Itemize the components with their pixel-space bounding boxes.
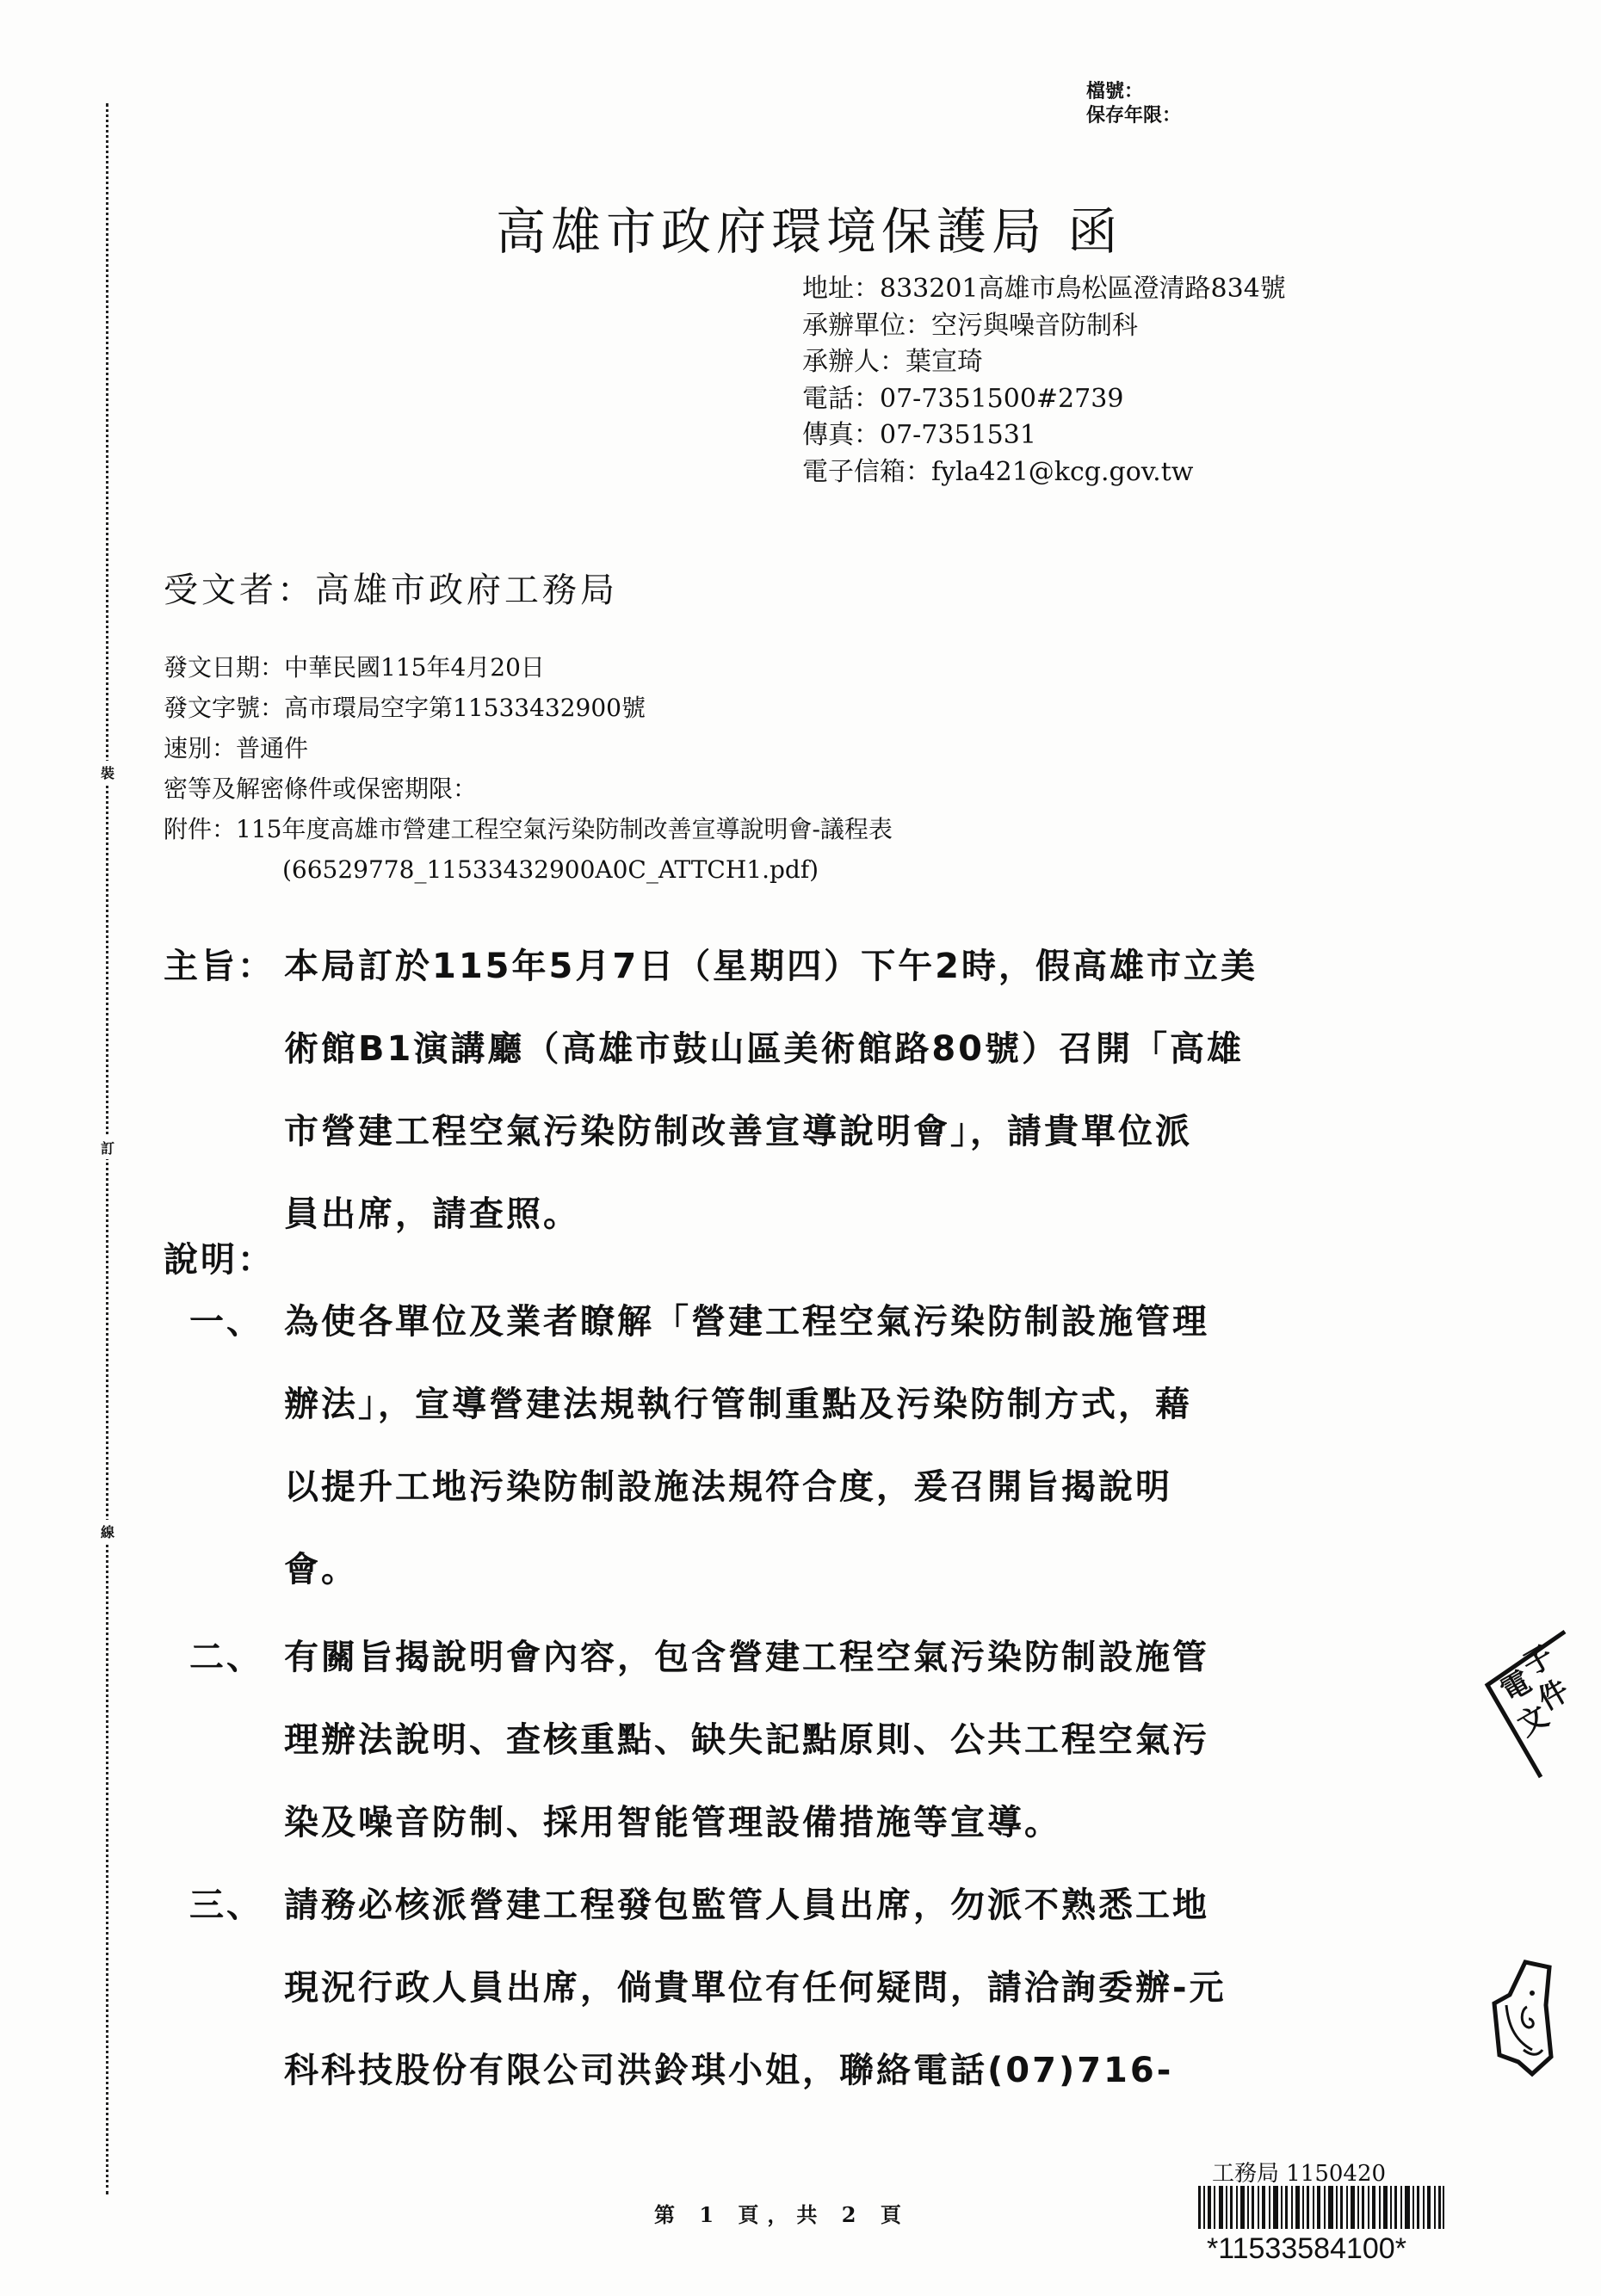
item-number: 三、	[189, 1864, 263, 1947]
item-number: 一、	[189, 1281, 263, 1363]
item-number: 二、	[189, 1616, 263, 1699]
explanation-item-1: 一、 為使各單位及業者瞭解「營建工程空氣污染防制設施管理 辦法」，宣導營建法規執…	[189, 1281, 1394, 1611]
attachment-file[interactable]: (66529778_11533432900A0C_ATTCH1.pdf)	[164, 849, 893, 890]
subject-line: 術館B1演講廳（高雄市鼓山區美術館路80號）召開「高雄	[284, 1008, 1386, 1090]
speed-class: 速別：普通件	[164, 728, 893, 768]
receipt-stamp-label: 工務局 1150420	[1212, 2156, 1386, 2188]
recipient: 受文者：高雄市政府工務局	[164, 563, 618, 612]
barcode-icon	[1198, 2186, 1444, 2229]
issue-date: 發文日期：中華民國115年4月20日	[164, 647, 893, 688]
issue-number: 發文字號：高市環局空字第11533432900號	[164, 688, 893, 728]
attachment-title: 附件：115年度高雄市營建工程空氣污染防制改善宣導說明會-議程表	[164, 809, 893, 849]
electronic-document-stamp-icon: 電 子 文 件	[1455, 1609, 1575, 1781]
item-line: 以提升工地污染防制設施法規符合度，爰召開旨揭說明	[284, 1446, 1394, 1528]
item-line: 現況行政人員出席，倘貴單位有任何疑問，請洽詢委辦-元	[284, 1947, 1394, 2029]
binding-mark-xian: 線	[96, 1520, 119, 1543]
document-title: 高雄市政府環境保護局 函	[496, 191, 1122, 263]
explanation-item-2: 二、 有關旨揭說明會內容，包含營建工程空氣污染防制設施管 理辦法說明、查核重點、…	[189, 1616, 1394, 1864]
contact-email: 電子信箱：fyla421@kcg.gov.tw	[802, 454, 1286, 491]
file-no-label: 檔號：	[1086, 79, 1143, 103]
item-line: 有關旨揭說明會內容，包含營建工程空氣污染防制設施管	[284, 1616, 1394, 1699]
subject-label: 主旨：	[164, 925, 275, 1008]
contact-address: 地址：833201高雄市鳥松區澄清路834號	[802, 271, 1286, 308]
subject-line: 員出席，請查照。	[284, 1173, 1386, 1256]
contact-phone: 電話：07-7351500#2739	[802, 381, 1286, 418]
item-line: 為使各單位及業者瞭解「營建工程空氣污染防制設施管理	[284, 1281, 1394, 1363]
item-line: 科科技股份有限公司洪鈴琪小姐，聯絡電話(07)716-	[284, 2029, 1394, 2112]
binding-mark-ding: 訂	[96, 1136, 119, 1159]
contact-block: 地址：833201高雄市鳥松區澄清路834號 承辦單位：空污與噪音防制科 承辦人…	[802, 271, 1286, 491]
contact-officer: 承辦人：葉宣琦	[802, 344, 1286, 381]
seal-ornament-icon	[1489, 1953, 1558, 2083]
item-line: 會。	[284, 1528, 1394, 1611]
secrecy-level: 密等及解密條件或保密期限：	[164, 768, 893, 809]
subject-line: 本局訂於115年5月7日（星期四）下午2時，假高雄市立美	[284, 925, 1386, 1008]
item-line: 染及噪音防制、採用智能管理設備措施等宣導。	[284, 1781, 1394, 1864]
subject-line: 市營建工程空氣污染防制改善宣導說明會」，請貴單位派	[284, 1090, 1386, 1173]
item-line: 辦法」，宣導營建法規執行管制重點及污染防制方式，藉	[284, 1363, 1394, 1446]
explanation-item-3: 三、 請務必核派營建工程發包監管人員出席，勿派不熟悉工地 現況行政人員出席，倘貴…	[189, 1864, 1394, 2112]
binding-mark-zhuang: 裝	[96, 761, 119, 784]
item-line: 理辦法說明、查核重點、缺失記點原則、公共工程空氣污	[284, 1699, 1394, 1781]
barcode-number: *11533584100*	[1207, 2232, 1406, 2266]
subject-section: 主旨： 本局訂於115年5月7日（星期四）下午2時，假高雄市立美 術館B1演講廳…	[164, 925, 1386, 1256]
contact-fax: 傳真：07-7351531	[802, 417, 1286, 454]
retention-label: 保存年限：	[1086, 103, 1181, 127]
document-meta: 發文日期：中華民國115年4月20日 發文字號：高市環局空字第115334329…	[164, 647, 893, 890]
explanation-label: 說明：	[164, 1232, 275, 1281]
archive-info: 檔號： 保存年限：	[1086, 79, 1181, 127]
item-line: 請務必核派營建工程發包監管人員出席，勿派不熟悉工地	[284, 1864, 1394, 1947]
page-number: 第 1 頁，共 2 頁	[654, 2198, 910, 2228]
contact-unit: 承辦單位：空污與噪音防制科	[802, 308, 1286, 345]
